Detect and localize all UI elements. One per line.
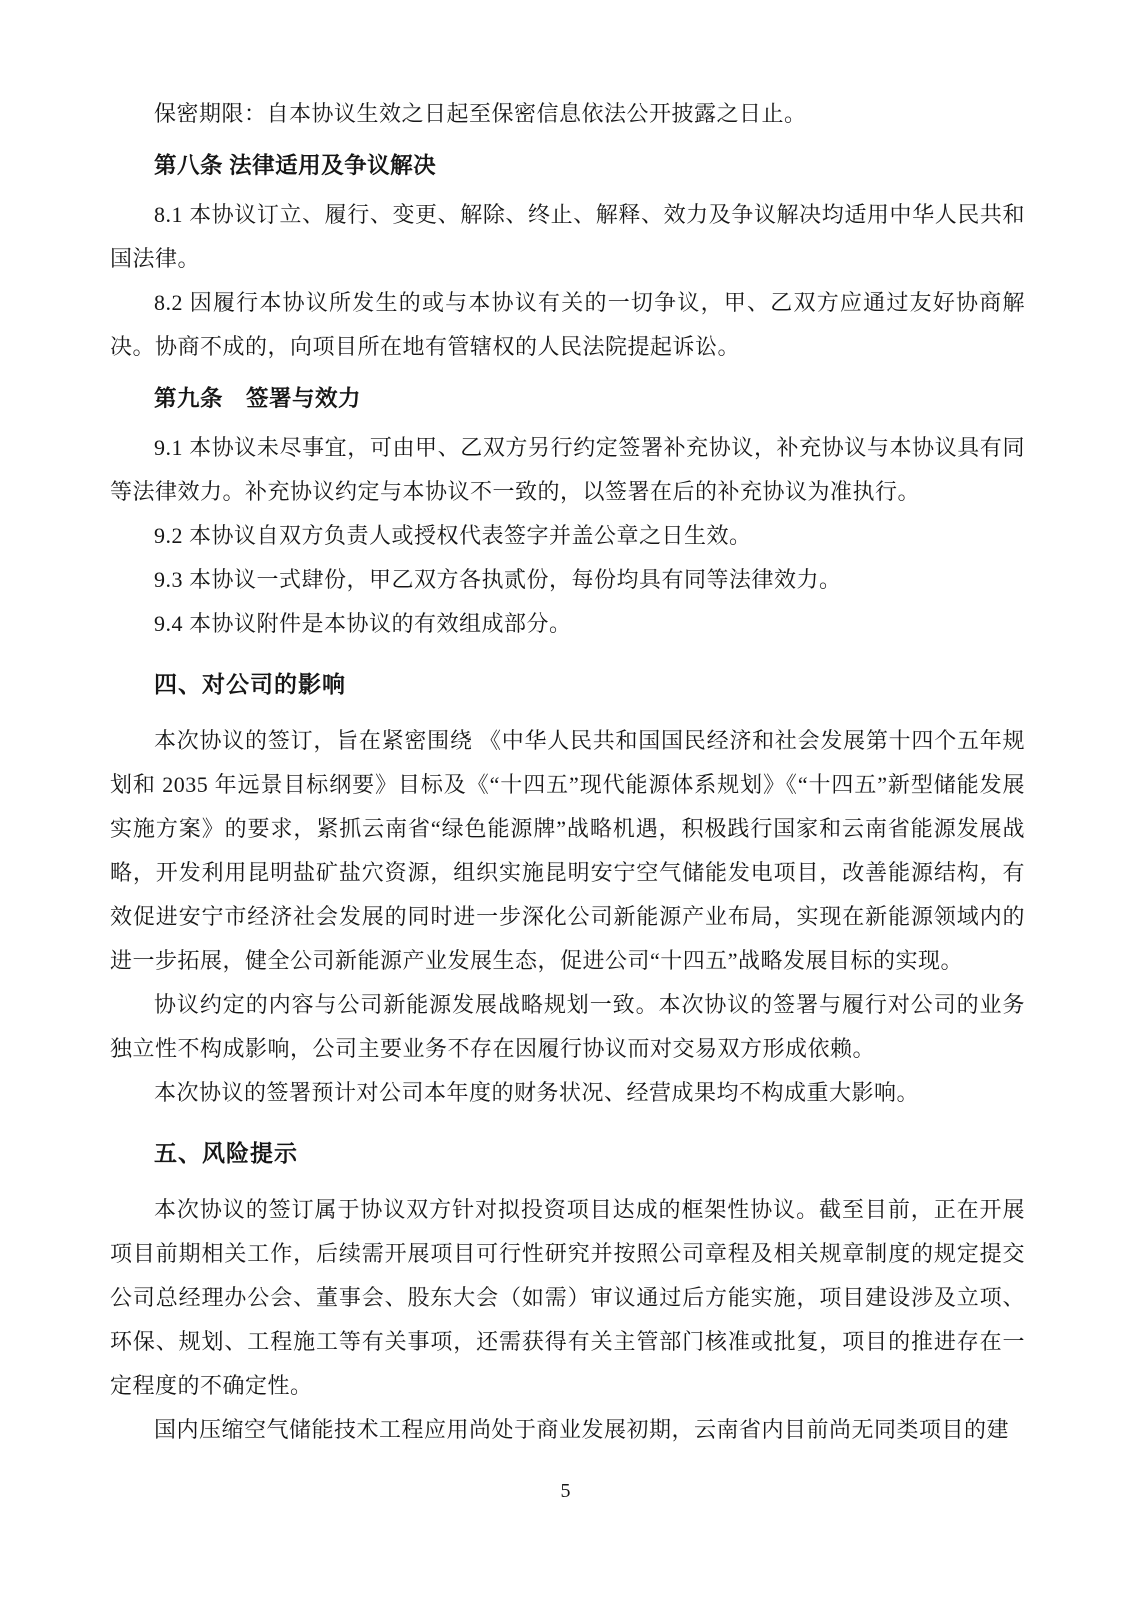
section-5-heading: 五、风险提示 <box>110 1131 1025 1175</box>
paragraph-9-1: 9.1 本协议未尽事宜，可由甲、乙双方另行约定签署补充协议，补充协议与本协议具有… <box>110 426 1025 514</box>
paragraph-confidentiality-term: 保密期限：自本协议生效之日起至保密信息依法公开披露之日止。 <box>110 92 1025 136</box>
article-9-heading: 第九条 签署与效力 <box>110 377 1025 421</box>
paragraph-impact-3: 本次协议的签署预计对公司本年度的财务状况、经营成果均不构成重大影响。 <box>110 1071 1025 1115</box>
page-number: 5 <box>0 1477 1131 1505</box>
article-8-heading: 第八条 法律适用及争议解决 <box>110 144 1025 188</box>
section-4-heading: 四、对公司的影响 <box>110 662 1025 706</box>
paragraph-risk-2: 国内压缩空气储能技术工程应用尚处于商业发展初期，云南省内目前尚无同类项目的建 <box>110 1408 1025 1452</box>
paragraph-9-3: 9.3 本协议一式肆份，甲乙双方各执贰份，每份均具有同等法律效力。 <box>110 558 1025 602</box>
document-content: 保密期限：自本协议生效之日起至保密信息依法公开披露之日止。 第八条 法律适用及争… <box>110 92 1025 1452</box>
document-page: 保密期限：自本协议生效之日起至保密信息依法公开披露之日止。 第八条 法律适用及争… <box>0 0 1131 1600</box>
paragraph-risk-1: 本次协议的签订属于协议双方针对拟投资项目达成的框架性协议。截至目前，正在开展项目… <box>110 1188 1025 1408</box>
paragraph-8-1: 8.1 本协议订立、履行、变更、解除、终止、解释、效力及争议解决均适用中华人民共… <box>110 193 1025 281</box>
paragraph-impact-1: 本次协议的签订，旨在紧密围绕 《中华人民共和国国民经济和社会发展第十四个五年规划… <box>110 719 1025 983</box>
paragraph-9-2: 9.2 本协议自双方负责人或授权代表签字并盖公章之日生效。 <box>110 514 1025 558</box>
paragraph-9-4: 9.4 本协议附件是本协议的有效组成部分。 <box>110 602 1025 646</box>
paragraph-8-2: 8.2 因履行本协议所发生的或与本协议有关的一切争议，甲、乙双方应通过友好协商解… <box>110 281 1025 369</box>
paragraph-impact-2: 协议约定的内容与公司新能源发展战略规划一致。本次协议的签署与履行对公司的业务独立… <box>110 983 1025 1071</box>
